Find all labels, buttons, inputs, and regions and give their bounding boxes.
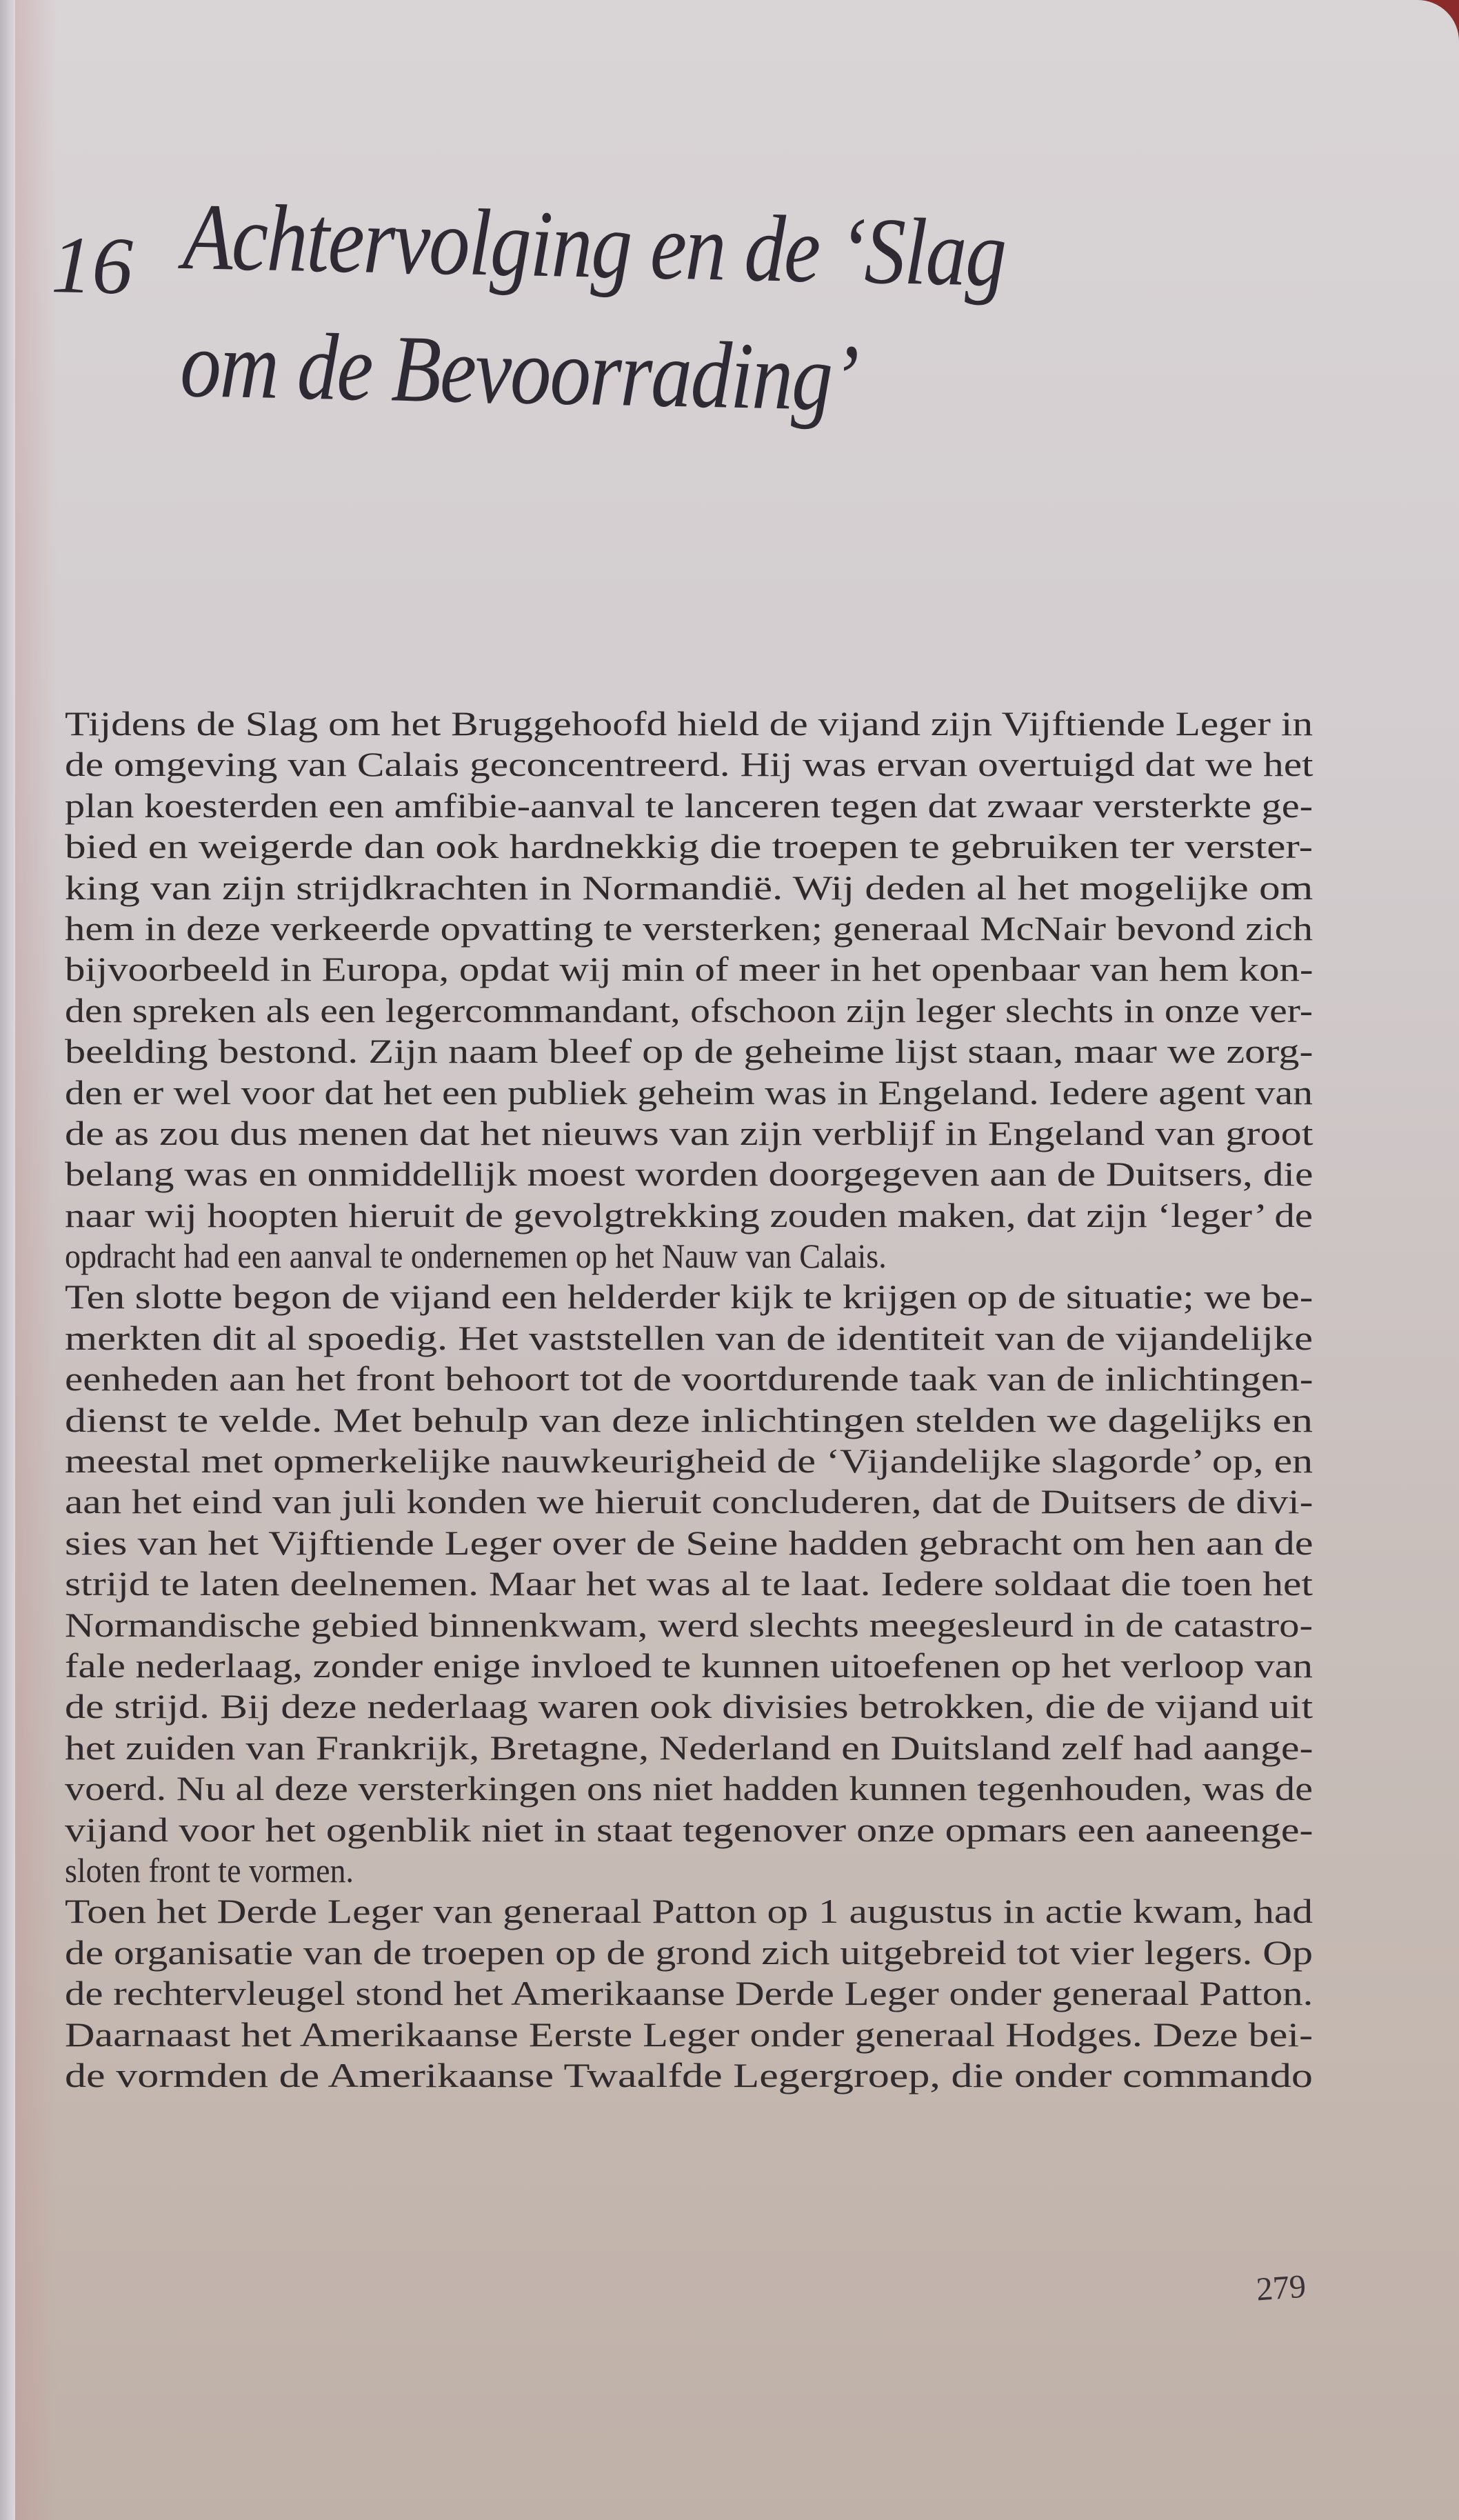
text-line: de vormden de Amerikaanse Twaalfde Leger…: [65, 2055, 1313, 2096]
text-line: het zuiden van Frankrijk, Bretagne, Nede…: [65, 1728, 1313, 1768]
text-line: vijand voor het ogenblik niet in staat t…: [65, 1810, 1313, 1850]
text-line: dienst te velde. Met behulp van deze inl…: [65, 1400, 1313, 1441]
page-number: 279: [1255, 2268, 1307, 2309]
text-line: de organisatie van de troepen op de gron…: [65, 1932, 1313, 1973]
chapter-number: 16: [50, 224, 133, 307]
text-line: de strijd. Bij deze nederlaag waren ook …: [65, 1686, 1313, 1727]
text-line: voerd. Nu al deze versterkingen ons niet…: [65, 1768, 1313, 1809]
text-line: sloten front te vormen.: [65, 1850, 1213, 1891]
chapter-title-line-1: Achtervolging en de ‘Slag: [182, 189, 1007, 301]
text-line: strijd te laten deelnemen. Maar het was …: [65, 1563, 1313, 1604]
text-line: naar wij hoopten hieruit de gevolgtrekki…: [65, 1195, 1313, 1236]
body-text: Tijdens de Slag om het Bruggehoofd hield…: [65, 703, 1313, 2096]
chapter-title-line-2: om de Bevoorrading’: [179, 317, 858, 426]
text-line: bijvoorbeeld in Europa, opdat wij min of…: [65, 949, 1313, 990]
text-line: den spreken als een legercommandant, ofs…: [65, 990, 1313, 1031]
text-line: beelding bestond. Zijn naam bleef op de …: [65, 1031, 1313, 1072]
text-line: merkten dit al spoedig. Het vaststellen …: [65, 1318, 1313, 1359]
text-line: den er wel voor dat het een publiek gehe…: [65, 1072, 1313, 1113]
text-line: Normandische gebied binnenkwam, werd sle…: [65, 1605, 1313, 1646]
book-page: 16 Achtervolging en de ‘Slag om de Bevoo…: [15, 0, 1459, 2520]
text-line: de as zou dus menen dat het nieuws van z…: [65, 1113, 1313, 1154]
text-line: hem in deze verkeerde opvatting te verst…: [65, 908, 1313, 949]
text-line: Toen het Derde Leger van generaal Patton…: [65, 1891, 1313, 1932]
text-line: de rechtervleugel stond het Amerikaanse …: [65, 1973, 1313, 2014]
text-line: eenheden aan het front behoort tot de vo…: [65, 1359, 1313, 1399]
text-line: plan koesterden een amfibie-aanval te la…: [65, 786, 1313, 826]
adjacent-page-edge: [0, 0, 15, 2520]
text-line: meestal met opmerkelijke nauwkeurigheid …: [65, 1441, 1313, 1481]
chapter-heading: 16 Achtervolging en de ‘Slag om de Bevoo…: [53, 186, 1225, 211]
text-line: sies van het Vijftiende Leger over de Se…: [65, 1523, 1313, 1563]
text-line: bied en weigerde dan ook hardnekkig die …: [65, 826, 1313, 867]
text-line: belang was en onmiddellijk moest worden …: [65, 1154, 1313, 1194]
text-line: Daarnaast het Amerikaanse Eerste Leger o…: [65, 2014, 1313, 2055]
text-line: de omgeving van Calais geconcentreerd. H…: [65, 744, 1313, 785]
text-line: Ten slotte begon de vijand een helderder…: [65, 1277, 1313, 1317]
text-line: fale nederlaag, zonder enige invloed te …: [65, 1646, 1313, 1686]
text-line: aan het eind van juli konden we hieruit …: [65, 1481, 1313, 1522]
text-line: king van zijn strijdkrachten in Normandi…: [65, 868, 1313, 908]
text-line: Tijdens de Slag om het Bruggehoofd hield…: [65, 703, 1313, 744]
text-line: opdracht had een aanval te ondernemen op…: [65, 1236, 1213, 1277]
